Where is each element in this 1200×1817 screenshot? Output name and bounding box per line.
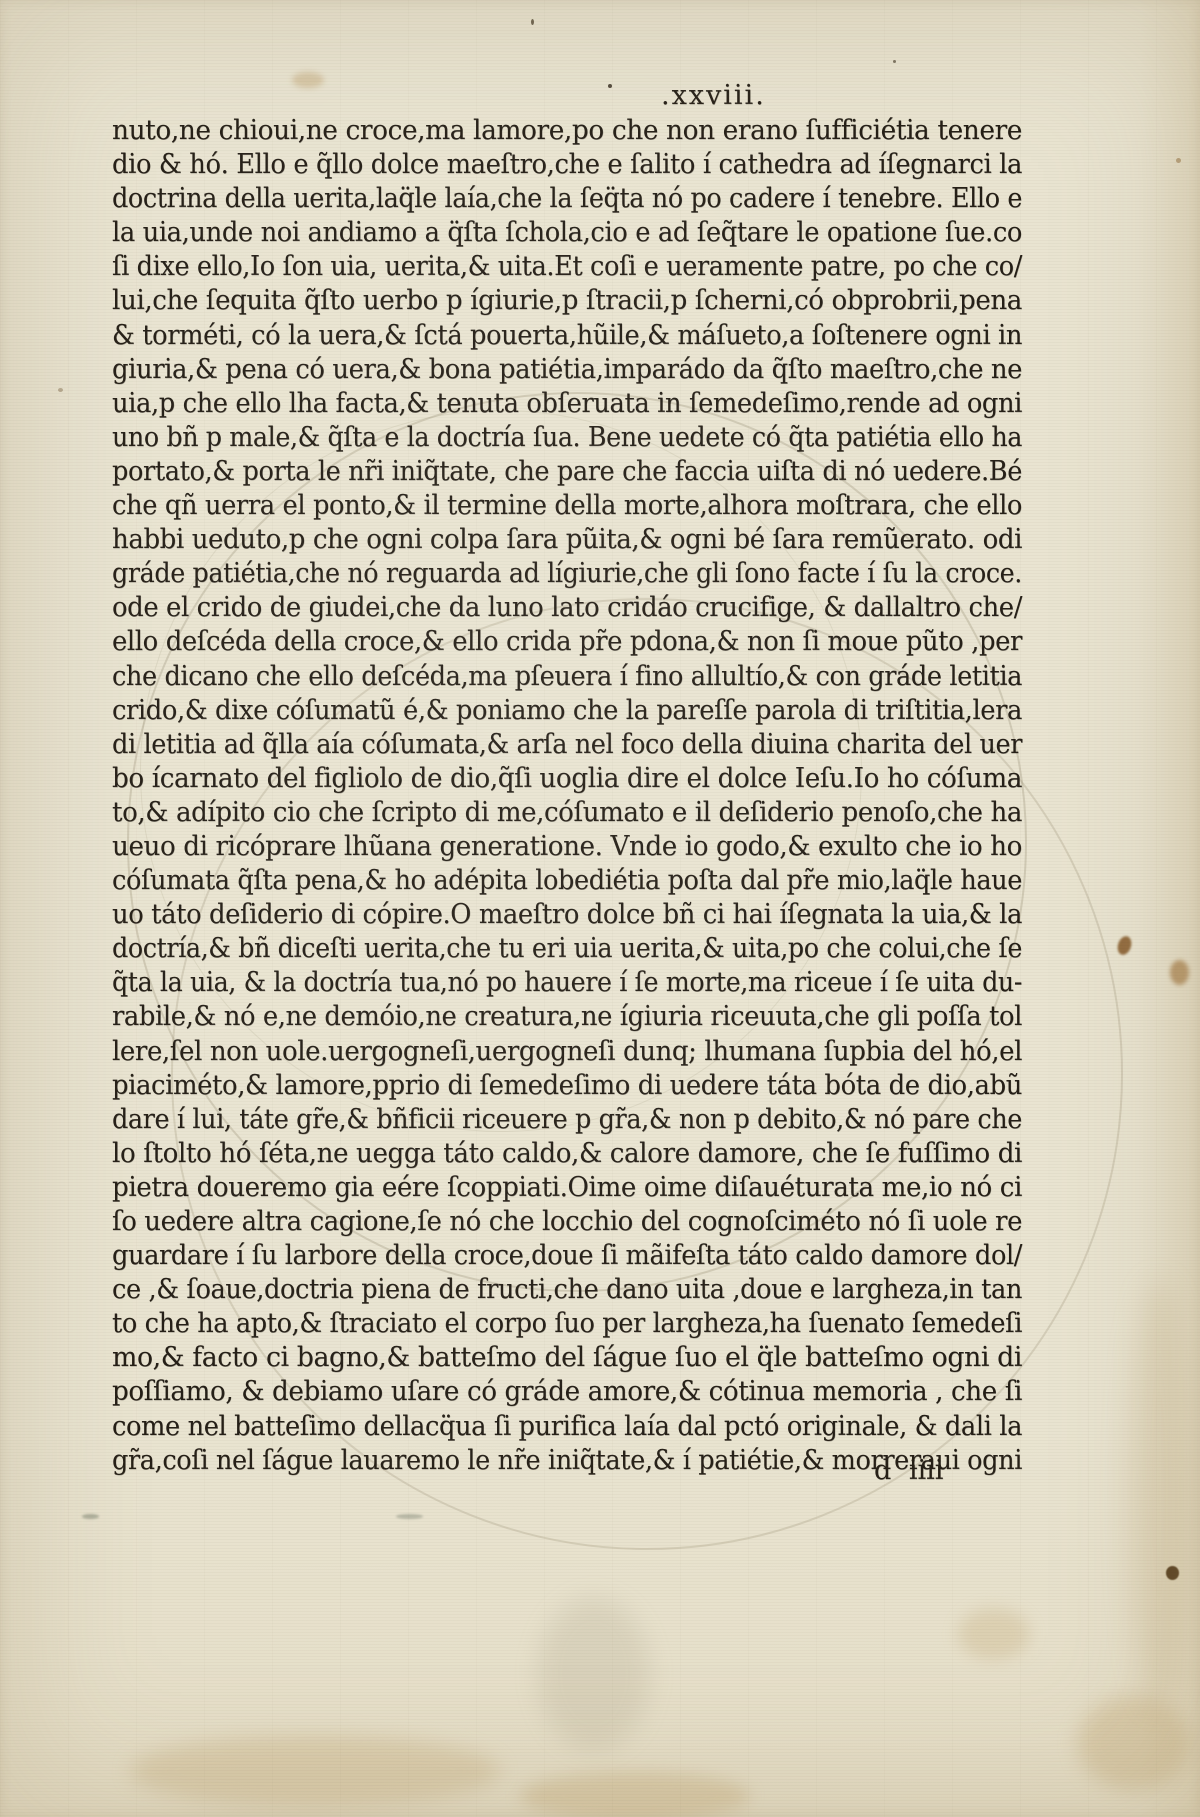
text-line: cóſumata q̃ſta pena,& ho adépita lobedié… — [112, 864, 1022, 898]
text-line: q̃ta la uia, & la doctría tua,nó po haue… — [112, 966, 1022, 1000]
text-line: di letitia ad q̃lla aía cóſumata,& arſa … — [112, 728, 1022, 762]
text-line: poſſiamo, & debiamo uſare có gráde amore… — [112, 1375, 1022, 1409]
text-line: che qñ uerra el ponto,& il termine della… — [112, 489, 1022, 523]
text-line: mo,& facto ci bagno,& batteſmo del ſágue… — [112, 1341, 1022, 1375]
scanned-page: .xxviii. nuto,ne chioui,ne croce,ma lamo… — [0, 0, 1200, 1817]
text-line: lo ſtolto hó ſéta,ne uegga táto caldo,& … — [112, 1137, 1022, 1171]
paper-stain — [538, 1598, 650, 1750]
text-block: nuto,ne chioui,ne croce,ma lamore,po che… — [112, 114, 1022, 1478]
text-line: ueuo di ricóprare lhũana generatione. Vn… — [112, 830, 1022, 864]
paper-stain — [1166, 1566, 1179, 1580]
folio-number: .xxviii. — [661, 80, 766, 111]
paper-stain — [958, 1608, 1030, 1660]
text-line: gráde patiétia,che nó reguarda ad lígiur… — [112, 557, 1022, 591]
text-line: lui,che ſequita q̃ſto uerbo p ígiurie,p … — [112, 284, 1022, 318]
text-line: bo ícarnato del figliolo de dio,q̃ſi uog… — [112, 762, 1022, 796]
text-line: lere,ſel non uole.uergogneſi,uergogneſi … — [112, 1035, 1022, 1069]
text-line: ello deſcéda della croce,& ello crida pr… — [112, 625, 1022, 659]
text-line: uo táto deſiderio di cópire.O maeſtro do… — [112, 898, 1022, 932]
text-line: doctría,& bñ diceſti uerita,che tu eri u… — [112, 932, 1022, 966]
ink-speck — [531, 19, 534, 25]
text-line: che dicano che ello deſcéda,ma pſeuera í… — [112, 660, 1022, 694]
text-line: ſi dixe ello,Io ſon uia, uerita,& uita.E… — [112, 250, 1022, 284]
text-line: nuto,ne chioui,ne croce,ma lamore,po che… — [112, 114, 1022, 148]
text-line: guardare í ſu larbore della croce,doue ſ… — [112, 1239, 1022, 1273]
paper-stain — [1115, 934, 1133, 956]
paper-stain — [1078, 1696, 1190, 1790]
text-line: la uia,unde noi andiamo a q̈ſta ſchola,c… — [112, 216, 1022, 250]
ink-speck — [893, 60, 896, 63]
text-line: giuria,& pena có uera,& bona patiétia,im… — [112, 353, 1022, 387]
text-line: ode el crido de giudei,che da luno lato … — [112, 591, 1022, 625]
ink-speck — [1176, 158, 1181, 163]
paper-stain — [1170, 960, 1189, 985]
text-line: doctrina della uerita,laq̈le laía,che la… — [112, 182, 1022, 216]
text-line: crido,& dixe cóſumatũ é,& poniamo che la… — [112, 694, 1022, 728]
paper-stain — [520, 1772, 750, 1817]
text-line: uno bñ p male,& q̃ſta e la doctría ſua. … — [112, 421, 1022, 455]
text-line: come nel batteſimo dellacq̈ua ſi purific… — [112, 1410, 1022, 1444]
text-line: ce ,& ſoaue,doctria piena de fructi,che … — [112, 1273, 1022, 1307]
text-line: uia,p che ello lha facta,& tenuta obſeru… — [112, 387, 1022, 421]
ink-speck — [608, 84, 612, 88]
text-line: piaciméto,& lamore,pprio di ſemedeſimo d… — [112, 1069, 1022, 1103]
paper-stain — [1128, 1280, 1190, 1710]
paper-stain — [292, 72, 324, 88]
ink-speck — [58, 388, 63, 392]
text-line: rabile,& nó e,ne demóio,ne creatura,ne í… — [112, 1000, 1022, 1034]
text-line: habbi ueduto,p che ogni colpa ſara pũita… — [112, 523, 1022, 557]
text-line: ſo uedere altra cagione,ſe nó che locchi… — [112, 1205, 1022, 1239]
text-line: portato,& porta le nr̃i iniq̃tate, che p… — [112, 455, 1022, 489]
text-line: pietra doueremo gia eére ſcoppiati.Oime … — [112, 1171, 1022, 1205]
text-line: dare í lui, táte gr̃e,& bñficii riceuere… — [112, 1103, 1022, 1137]
text-line: to,& adípito cio che ſcripto di me,cóſum… — [112, 796, 1022, 830]
paper-stain — [130, 1735, 500, 1807]
ink-speck — [82, 1514, 99, 1519]
text-line: to che ha apto,& ſtraciato el corpo ſuo … — [112, 1307, 1022, 1341]
text-line: dio & hó. Ello e q̃llo dolce maeſtro,che… — [112, 148, 1022, 182]
ink-speck — [396, 1514, 423, 1519]
text-line: & torméti, có la uera,& ſctá pouerta,hũi… — [112, 319, 1022, 353]
quire-signature: d iiii — [874, 1454, 943, 1488]
